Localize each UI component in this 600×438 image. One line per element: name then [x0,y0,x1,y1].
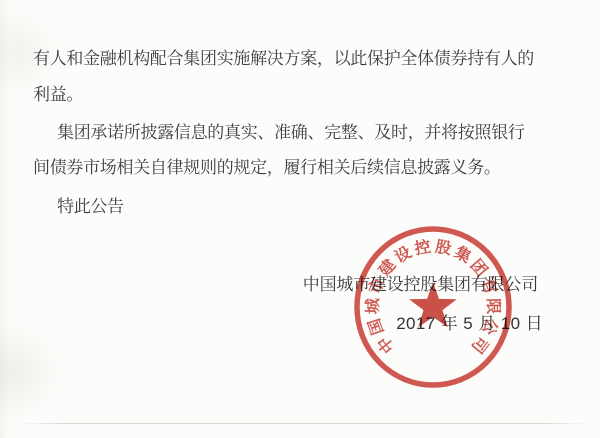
seal-text: 中国城市建设控股集团有限公司 [347,221,519,393]
body-line: 利益。 [33,80,83,105]
body-line: 间债券市场相关自律规则的规定，履行相关后续信息披露义务。 [33,153,501,178]
body-line: 特此公告 [57,192,124,217]
body-line: 集团承诺所披露信息的真实、准确、完整、及时，并将按照银行 [57,118,525,143]
document-page: 有人和金融机构配合集团实施解决方案，以此保护全体债券持有人的 利益。 集团承诺所… [0,0,600,438]
seal-text-char: 城 [365,297,383,315]
seal-text-char: 限 [483,297,501,315]
company-seal: 中国城市建设控股集团有限公司 [347,221,519,393]
scan-edge-line [18,423,590,424]
seal-text-char: 控 [412,238,433,259]
body-line: 有人和金融机构配合集团实施解决方案，以此保护全体债券持有人的 [33,44,534,69]
